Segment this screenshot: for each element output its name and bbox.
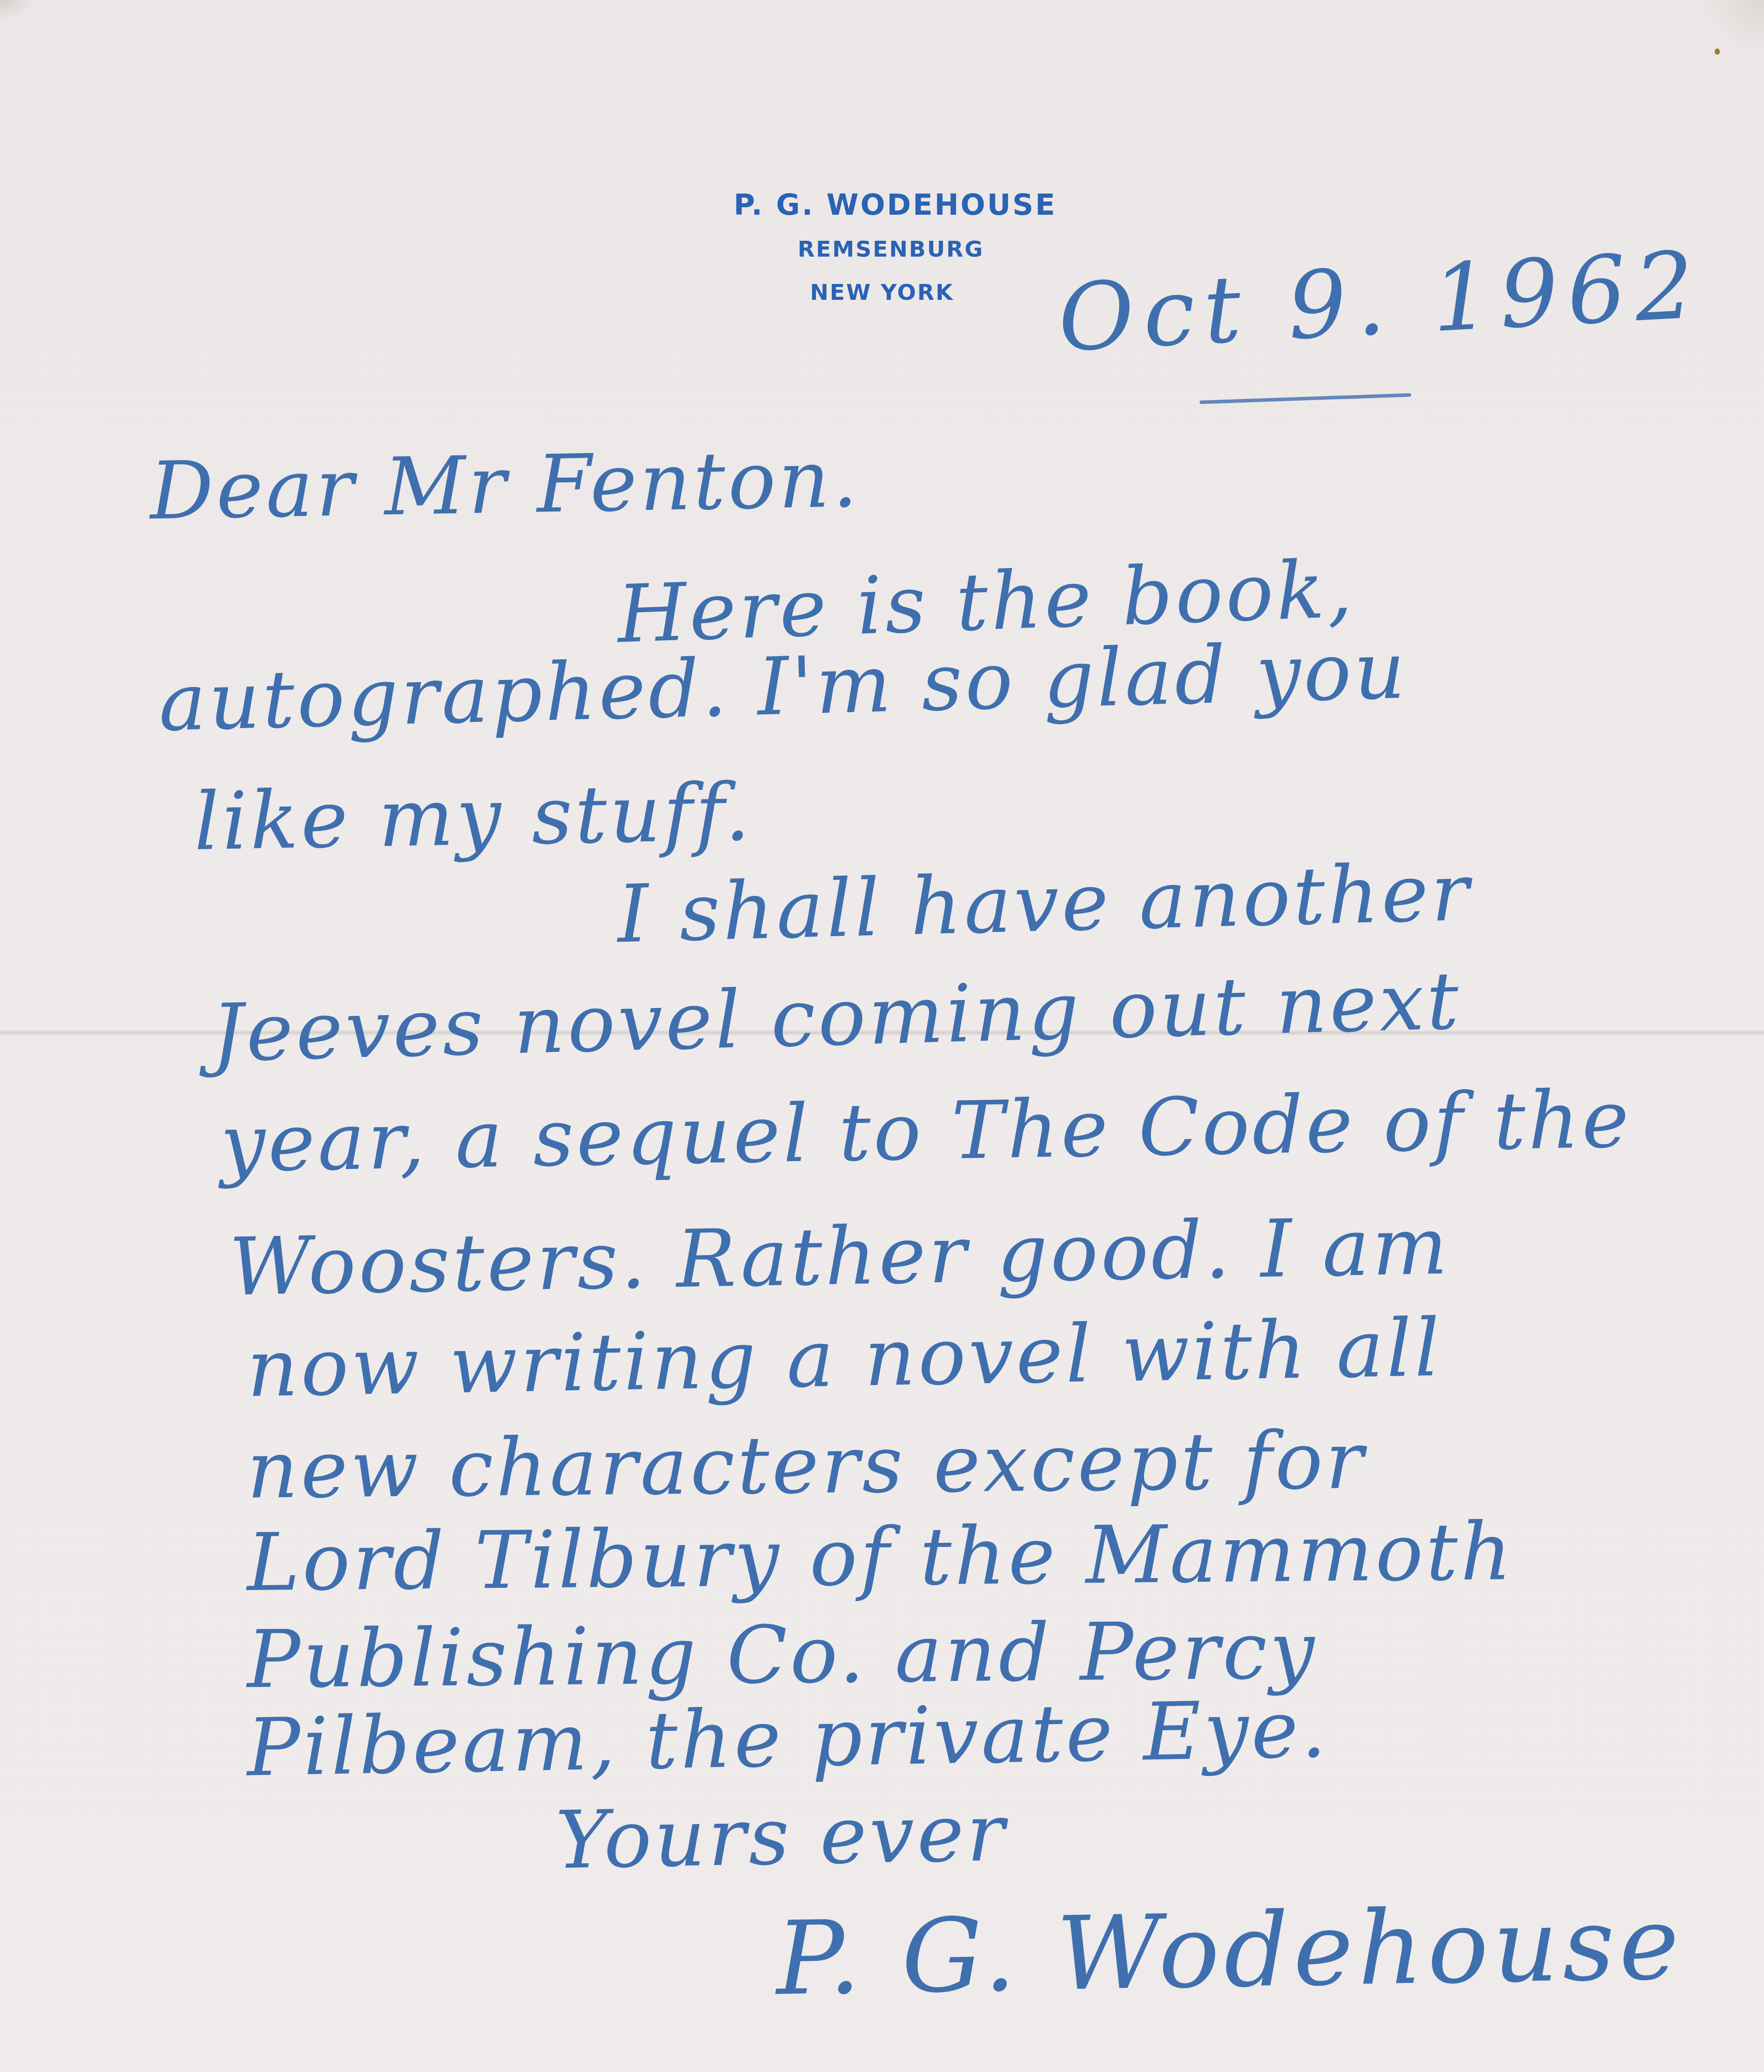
- body-line: new characters except for: [247, 1415, 1366, 1516]
- body-line: year, a sequel to The Code of the: [220, 1073, 1632, 1190]
- body-line: Woosters. Rather good. I am: [228, 1200, 1451, 1314]
- body-line: Pilbeam, the private Eye.: [246, 1683, 1329, 1794]
- body-line: like my stuff.: [193, 766, 753, 868]
- letter-paper: P. G. WODEHOUSE REMSENBURG NEW YORK Oct …: [0, 0, 1764, 2072]
- foxing-spot: [1715, 49, 1720, 55]
- body-line: I shall have another: [616, 846, 1472, 961]
- body-line: Lord Tilbury of the Mammoth: [247, 1506, 1514, 1609]
- body-line: now writing a novel with all: [246, 1302, 1443, 1415]
- date-underline: [1200, 393, 1411, 404]
- letterhead-town: REMSENBURG: [635, 234, 1147, 265]
- corner-wear: [1702, 0, 1764, 53]
- body-line: autographed. I'm so glad you: [157, 624, 1409, 749]
- letterhead-name: P. G. WODEHOUSE: [644, 185, 1147, 225]
- corner-wear: [0, 0, 35, 20]
- salutation: Dear Mr Fenton.: [149, 433, 861, 538]
- letter-date: Oct 9. 1962: [1056, 231, 1705, 373]
- closing: Yours ever: [555, 1787, 1008, 1887]
- body-line: Jeeves novel coming out next: [210, 955, 1462, 1080]
- signature: P. G. Wodehouse: [775, 1885, 1685, 2018]
